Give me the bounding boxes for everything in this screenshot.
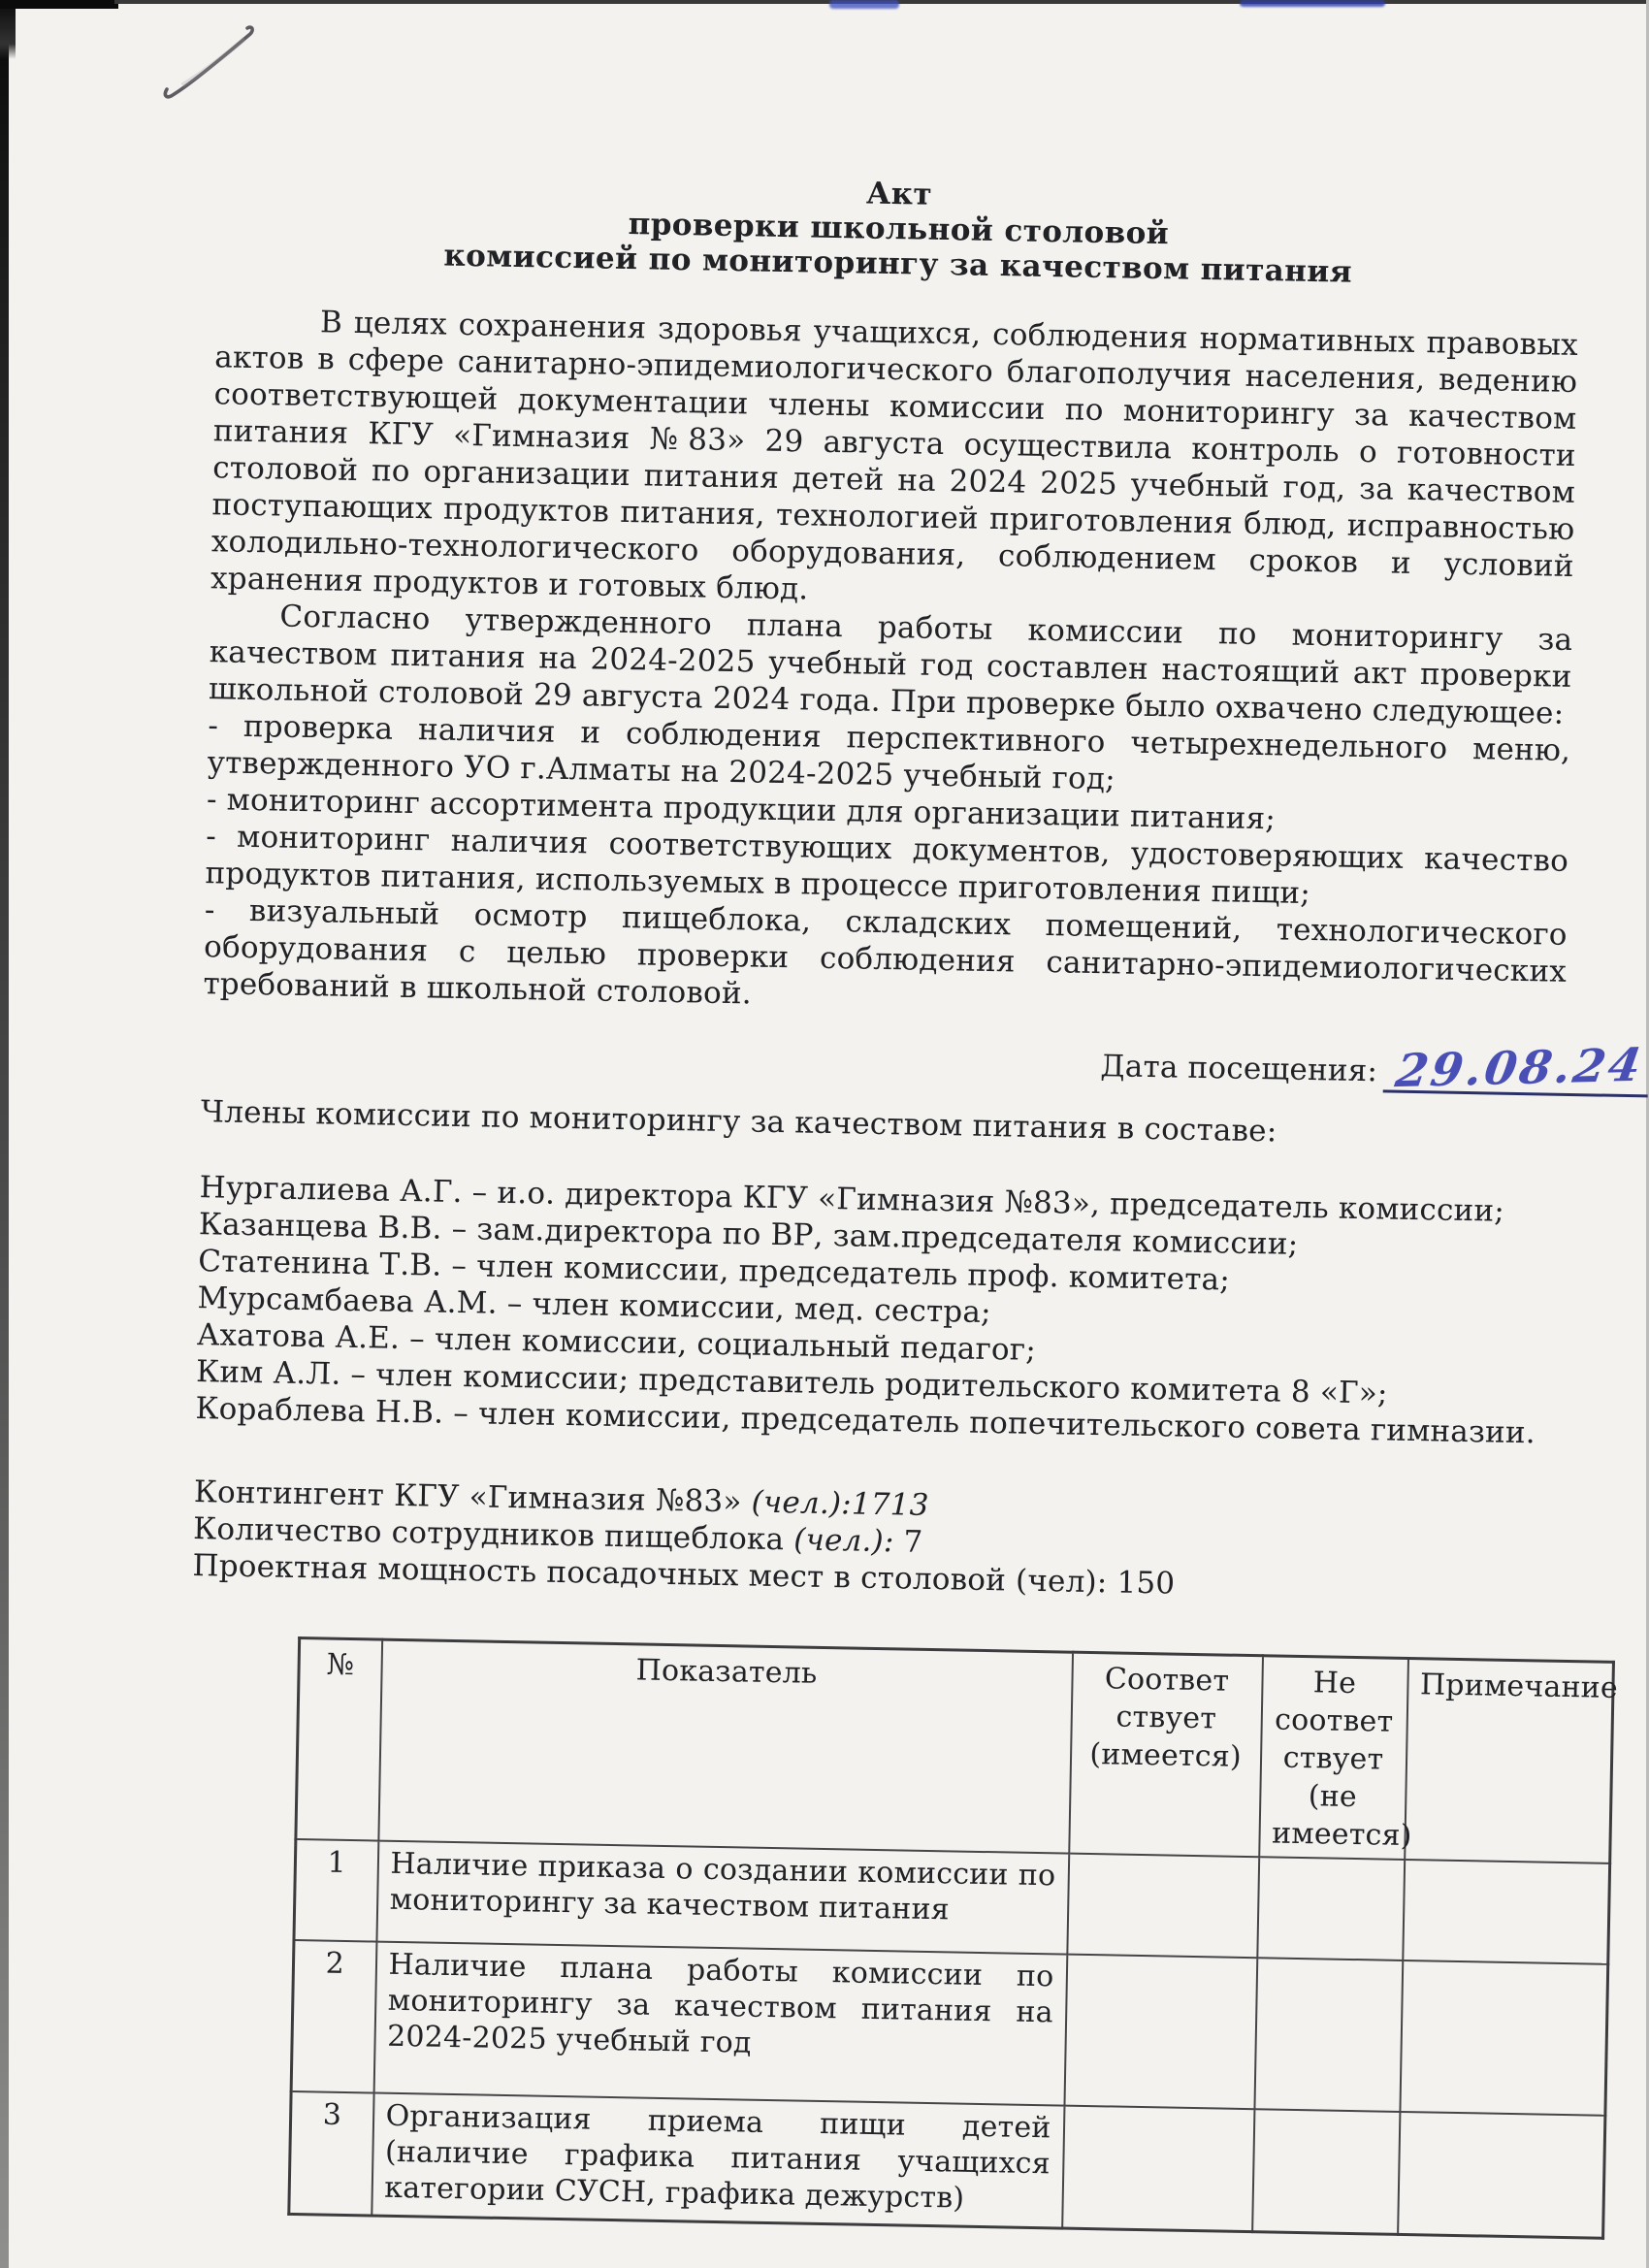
cell-note: [1400, 1960, 1608, 2116]
scan-edge-top-left-wedge: [0, 9, 16, 59]
scanned-document-page: Акт проверки школьной столовой комиссией…: [0, 0, 1649, 2268]
visit-date-handwritten-value: 29.08.24: [1393, 1047, 1646, 1091]
document-body: В целях сохранения здоровья учащихся, со…: [203, 302, 1578, 1027]
school-stats: Контингент КГУ «Гимназия №83» (чел.):171…: [192, 1474, 1557, 1609]
scan-edge-left: [0, 0, 9, 2268]
cell-number: 3: [289, 2091, 373, 2216]
header-indicator: Показатель: [378, 1639, 1073, 1854]
pen-stroke-mark: [153, 21, 270, 105]
header-not-corresponds: Не соответ ствует (не имеется): [1259, 1656, 1408, 1860]
document-title: Акт проверки школьной столовой комиссией…: [216, 164, 1581, 294]
inspection-table: № Показатель Соответ ствует (имеется) Не…: [287, 1636, 1615, 2239]
cell-not-corresponds: [1254, 1958, 1403, 2112]
checklist: - проверка наличия и соблюдения перспект…: [203, 707, 1570, 1027]
cell-corresponds: [1064, 1955, 1257, 2110]
cell-corresponds: [1067, 1854, 1259, 1959]
stat-value: 7: [893, 1524, 923, 1560]
cell-note: [1398, 2112, 1605, 2238]
cell-number: 2: [291, 1940, 376, 2093]
cell-note: [1403, 1860, 1610, 1964]
cell-indicator: Наличие приказа о создании комиссии по м…: [376, 1841, 1069, 1955]
cell-corresponds: [1062, 2106, 1254, 2232]
commission-members-list: Нургалиева А.Г. – и.о. директора КГУ «Ги…: [195, 1169, 1563, 1452]
table-header-row: № Показатель Соответ ствует (имеется) Не…: [296, 1638, 1614, 1863]
cell-indicator: Наличие плана работы комиссии по монитор…: [373, 1942, 1067, 2106]
cell-indicator: Организация приема пищи детей (наличие г…: [372, 2093, 1064, 2228]
document-content: Акт проверки школьной столовой комиссией…: [180, 164, 1580, 2238]
cell-not-corresponds: [1252, 2109, 1400, 2234]
header-note: Примечание: [1405, 1659, 1614, 1863]
scan-edge-top-left-corner: [0, 0, 118, 9]
header-corresponds: Соответ ствует (имеется): [1069, 1652, 1263, 1857]
checklist-item-visual-inspection: - визуальный осмотр пищеблока, складских…: [203, 891, 1568, 1027]
cell-not-corresponds: [1257, 1857, 1405, 1960]
ink-smudge-top-right: [1240, 0, 1385, 7]
stat-note: (чел.):1713: [751, 1485, 929, 1523]
ink-smudge-top-left-of-center: [829, 0, 899, 9]
paragraph-purpose: В целях сохранения здоровья учащихся, со…: [210, 302, 1578, 622]
table-row: 2 Наличие плана работы комиссии по монит…: [291, 1940, 1608, 2116]
stat-note: (чел.):: [793, 1522, 894, 1559]
header-number: №: [296, 1638, 382, 1841]
table-row: 3 Организация приема пищи детей (наличие…: [289, 2091, 1605, 2238]
cell-number: 1: [294, 1839, 378, 1942]
visit-date-underline: 29.08.24: [1383, 1047, 1649, 1097]
visit-date-label: Дата посещения:: [1100, 1048, 1377, 1089]
